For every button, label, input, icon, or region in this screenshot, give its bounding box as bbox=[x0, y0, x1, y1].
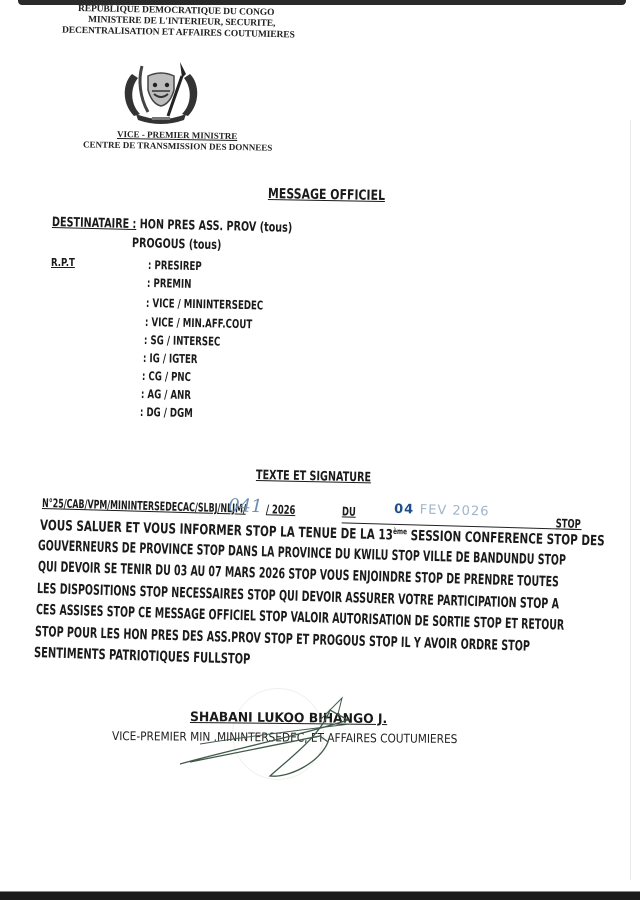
drc-coat-of-arms-icon bbox=[118, 60, 204, 126]
rpt-label: R.P.T bbox=[51, 256, 75, 269]
reference-number: N°25/CAB/VPM/MININTERSEDECAC/SLBJ/NLJM/ bbox=[42, 496, 246, 516]
date-stamp-month-year: FEV 2026 bbox=[419, 503, 489, 520]
handwritten-number: 041 bbox=[228, 495, 263, 517]
rpt-item: : VICE / MININTERSEDEC bbox=[146, 296, 264, 312]
recipient-line: DESTINATAIRE : HON PRES ASS. PROV (tous) bbox=[52, 215, 293, 236]
section-title: TEXTE ET SIGNATURE bbox=[256, 468, 371, 485]
rpt-item: : DG / DGM bbox=[140, 405, 193, 420]
rpt-item: : CG / PNC bbox=[142, 369, 191, 384]
rpt-item: : VICE / MIN.AFF.COUT bbox=[145, 315, 252, 331]
rpt-item: : AG / ANR bbox=[141, 387, 191, 402]
ordinal-superscript: ème bbox=[393, 527, 407, 536]
date-stamp-day: 04 bbox=[394, 502, 415, 518]
body-text: SESSION CONFERENCE STOP DES bbox=[407, 528, 605, 550]
document-title: MESSAGE OFFICIEL bbox=[268, 186, 385, 204]
body-line: SENTIMENTS PATRIOTIQUES FULLSTOP bbox=[34, 645, 251, 668]
recipient-label: DESTINATAIRE : bbox=[52, 215, 137, 232]
date-stamp: 04 FEV 2026 bbox=[394, 502, 490, 520]
body-text: SENTIMENTS PATRIOTIQUES FULLSTOP bbox=[34, 645, 251, 668]
recipient-primary: HON PRES ASS. PROV (tous) bbox=[140, 217, 293, 236]
official-document: REPUBLIQUE DEMOCRATIQUE DU CONGO MINISTE… bbox=[0, 0, 640, 890]
rpt-item: : SG / INTERSEC bbox=[144, 333, 221, 349]
office-title: VICE - PREMIER MINISTRE bbox=[117, 129, 237, 141]
rpt-item: : PREMIN bbox=[147, 276, 192, 291]
rpt-item: : PRESIREP bbox=[148, 258, 202, 273]
bottom-frame-bar bbox=[0, 891, 640, 900]
handwritten-signature-icon bbox=[170, 680, 370, 790]
reference-year: / 2026 bbox=[266, 502, 296, 517]
office-subtitle: CENTRE DE TRANSMISSION DES DONNEES bbox=[83, 139, 273, 152]
rpt-item: : IG / IGTER bbox=[143, 351, 198, 366]
reference-stop: STOP bbox=[556, 516, 581, 531]
reference-du: DU bbox=[342, 504, 356, 518]
recipient-secondary: PROGOUS (tous) bbox=[132, 236, 222, 253]
